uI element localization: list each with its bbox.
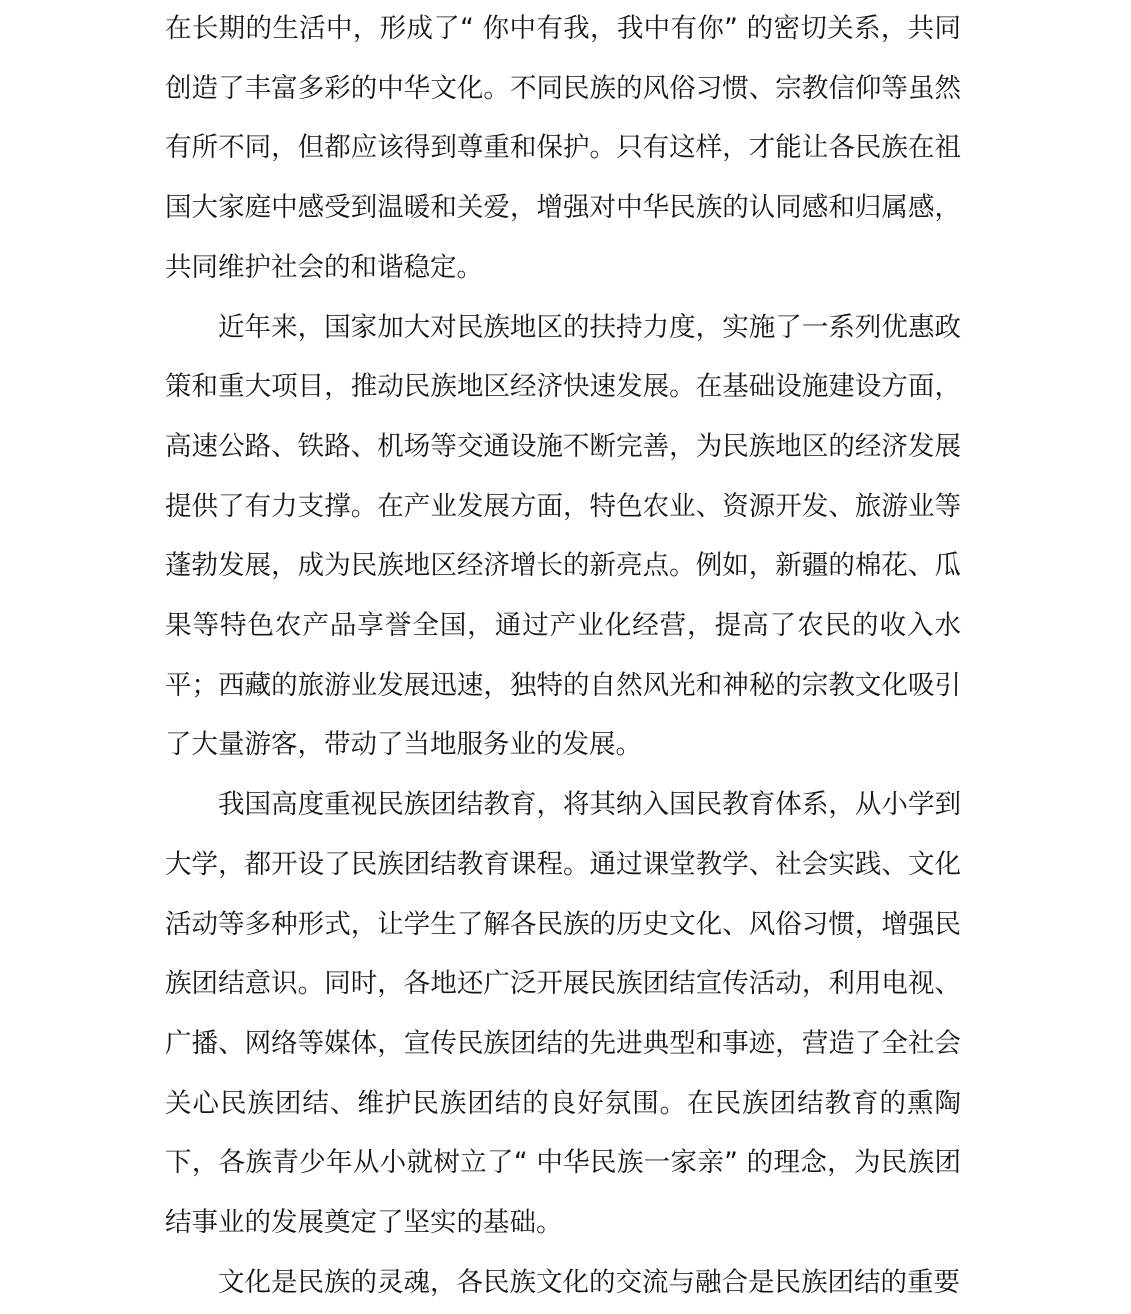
paragraph-culture-soul: 文化是民族的灵魂，各民族文化的交流与融合是民族团结的重要 [165,1253,961,1313]
paragraph-economic-support: 近年来，国家加大对民族地区的扶持力度，实施了一系列优惠政策和重大项目，推动民族地… [165,298,961,776]
paragraph-cultural-bonds: 在长期的生活中，形成了“ 你中有我，我中有你” 的密切关系，共同创造了丰富多彩的… [165,0,961,298]
paragraph-unity-education: 我国高度重视民族团结教育，将其纳入国民教育体系，从小学到大学，都开设了民族团结教… [165,775,961,1253]
document-text-body: 在长期的生活中，形成了“ 你中有我，我中有你” 的密切关系，共同创造了丰富多彩的… [165,0,961,1312]
document-page: 在长期的生活中，形成了“ 你中有我，我中有你” 的密切关系，共同创造了丰富多彩的… [0,0,1131,1314]
